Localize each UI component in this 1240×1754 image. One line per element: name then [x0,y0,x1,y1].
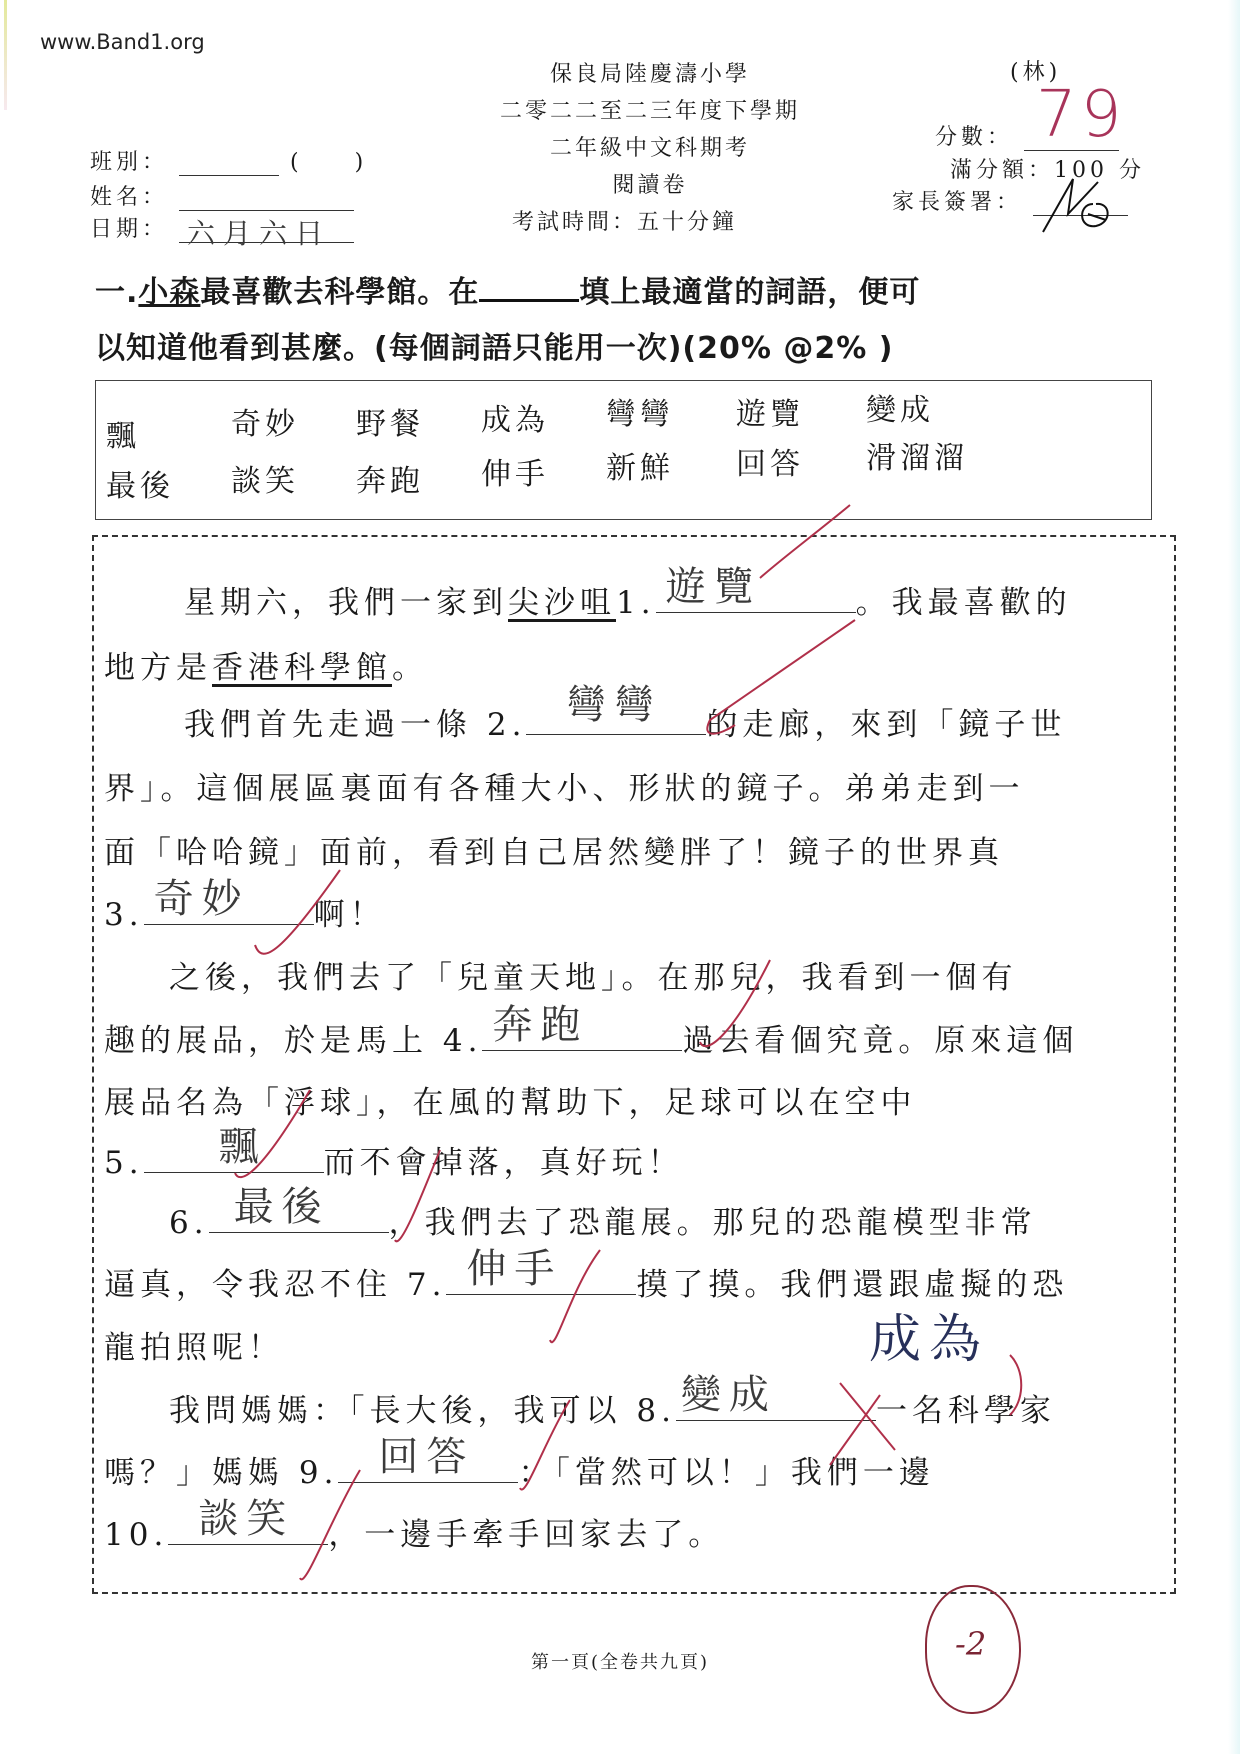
deduction-value: -2 [955,1625,986,1663]
check-mark-icon [395,1150,440,1241]
page-footer: 第一頁(全卷共九頁) [0,1648,1240,1674]
check-mark-icon [700,960,770,1046]
deduction-circle: -2 [925,1585,1021,1714]
check-mark-icon [707,620,855,734]
check-mark-icon [300,1470,360,1579]
cross-mark-icon [830,1383,895,1465]
grading-marks [0,0,1240,1754]
check-mark-icon [760,505,850,578]
check-mark-icon [255,870,340,954]
check-mark-icon [550,1250,600,1342]
check-mark-icon [235,1090,310,1177]
correction-bracket [1010,1355,1021,1415]
check-mark-icon [520,1400,570,1490]
